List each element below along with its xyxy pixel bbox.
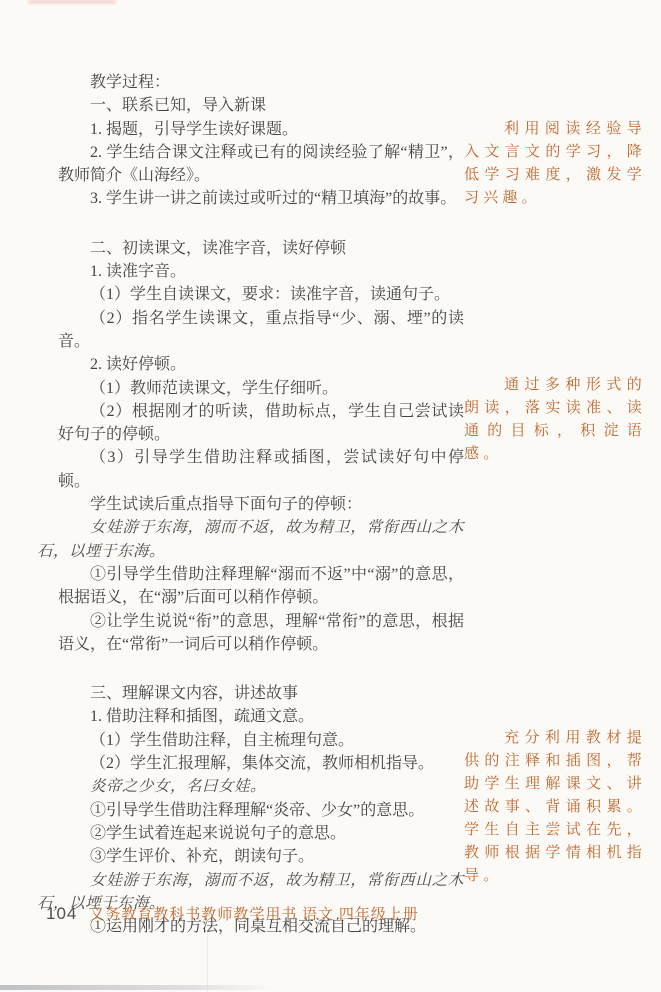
paragraph: ③学生评价、补充，朗读句子。 bbox=[58, 845, 464, 868]
paragraph: （2）学生汇报理解，集体交流，教师相机指导。 bbox=[58, 752, 464, 775]
textbook-page: 教学过程： 一、联系已知，导入新课 1. 揭题，引导学生读好课题。 2. 学生结… bbox=[0, 0, 661, 992]
paragraph: （2）根据刚才的听读，借助标点，学生自己尝试读好句子的停顿。 bbox=[58, 400, 464, 447]
paragraph: 学生试读后重点指导下面句子的停顿： bbox=[58, 493, 464, 516]
paragraph: ②学生试着连起来说说句子的意思。 bbox=[58, 822, 464, 845]
paragraph: ②让学生说说“衔”的意思，理解“常衔”的意思，根据语义，在“常衔”一词后可以稍作… bbox=[58, 610, 464, 657]
scan-crease-artifact bbox=[207, 930, 208, 992]
margin-note: 通过多种形式的朗读，落实读准、读通的目标，积淀语感。 bbox=[464, 374, 646, 466]
book-title: 义务教育教科书教师教学用书 语文 四年级上册 bbox=[89, 907, 419, 923]
section-heading-3: 三、理解课文内容，讲述故事 bbox=[58, 682, 464, 705]
paragraph: 2. 学生结合课文注释或已有的阅读经验了解“精卫”，教师简介《山海经》。 bbox=[58, 141, 464, 188]
scan-smudge-artifact bbox=[28, 0, 116, 4]
paragraph: （1）学生自读课文，要求：读准字音，读通句子。 bbox=[58, 283, 464, 306]
paragraph: （1）学生借助注释，自主梳理句意。 bbox=[58, 729, 464, 752]
paragraph: ①引导学生借助注释理解“炎帝、少女”的意思。 bbox=[58, 799, 464, 822]
margin-note: 充分利用教材提供的注释和插图，帮助学生理解课文、讲述故事、背诵积累。学生自主尝试… bbox=[464, 727, 646, 888]
classical-text-quote: 女娃游于东海，溺而不返，故为精卫，常衔西山之木石，以堙于东海。 bbox=[37, 516, 464, 563]
page-number: 104 bbox=[46, 904, 77, 923]
lesson-plan-body: 教学过程： 一、联系已知，导入新课 1. 揭题，引导学生读好课题。 2. 学生结… bbox=[58, 71, 464, 938]
margin-note: 利用阅读经验导入文言文的学习，降低学习难度，激发学习兴趣。 bbox=[464, 118, 646, 210]
paragraph: （2）指名学生读课文，重点指导“少、溺、堙”的读音。 bbox=[58, 307, 464, 354]
paragraph: 1. 揭题，引导学生读好课题。 bbox=[58, 118, 464, 141]
classical-text-quote: 炎帝之少女，名曰女娃。 bbox=[37, 775, 464, 798]
teaching-process-label: 教学过程： bbox=[58, 71, 464, 94]
paragraph: （1）教师范读课文，学生仔细听。 bbox=[58, 377, 464, 400]
scan-edge-artifact bbox=[0, 985, 275, 990]
paragraph: ①引导学生借助注释理解“溺而不返”中“溺”的意思，根据语义，在“溺”后面可以稍作… bbox=[58, 563, 464, 610]
page-footer: 104 义务教育教科书教师教学用书 语文 四年级上册 bbox=[46, 903, 419, 924]
paragraph: （3）引导学生借助注释或插图，尝试读好句中停顿。 bbox=[58, 446, 464, 493]
paragraph: 1. 读准字音。 bbox=[58, 260, 464, 283]
section-heading-2: 二、初读课文，读准字音，读好停顿 bbox=[58, 237, 464, 260]
paragraph: 1. 借助注释和插图，疏通文意。 bbox=[58, 705, 464, 728]
section-heading-1: 一、联系已知，导入新课 bbox=[58, 94, 464, 117]
paragraph: 2. 读好停顿。 bbox=[58, 353, 464, 376]
paragraph: 3. 学生讲一讲之前读过或听过的“精卫填海”的故事。 bbox=[58, 187, 464, 210]
